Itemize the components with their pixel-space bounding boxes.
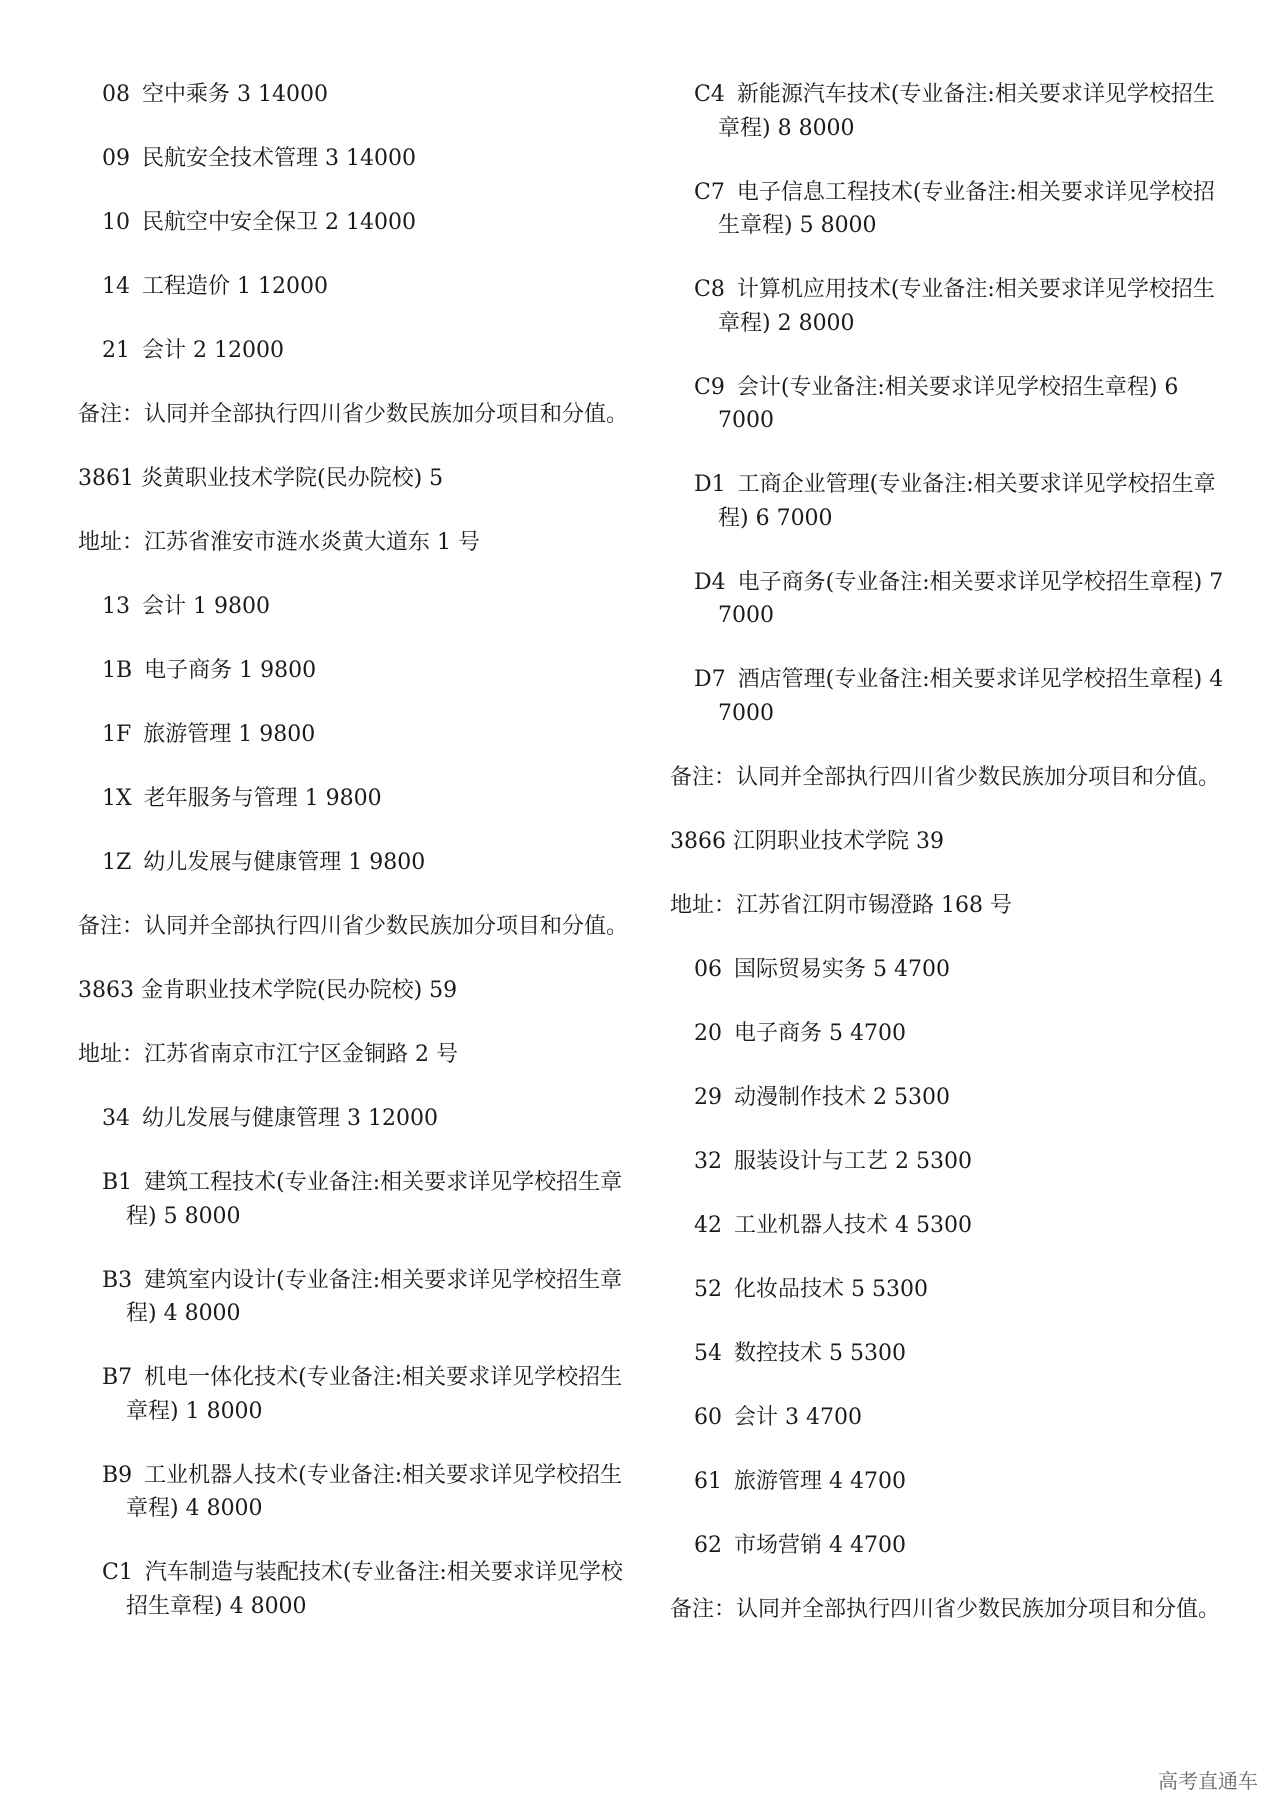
- entry-text: 建筑室内设计(专业备注:相关要求详见学校招生章程) 4 8000: [126, 1268, 622, 1327]
- major-code: 09: [102, 146, 130, 171]
- entry-text: 地址：江苏省江阴市锡澄路 168 号: [670, 893, 1012, 918]
- entry-text: 备注：认同并全部执行四川省少数民族加分项目和分值。: [670, 765, 1220, 790]
- left-column: 08空中乘务 3 1400009民航安全技术管理 3 1400010民航空中安全…: [78, 78, 638, 1654]
- major-code: 1X: [102, 786, 132, 811]
- major-code: C8: [694, 277, 725, 302]
- major-code: 42: [694, 1213, 722, 1238]
- entry-text: 旅游管理 1 9800: [143, 722, 315, 747]
- entry-text: 幼儿发展与健康管理 1 9800: [143, 850, 425, 875]
- major-code: B1: [102, 1170, 132, 1195]
- school-address: 地址：江苏省江阴市锡澄路 168 号: [670, 889, 1225, 923]
- entry-text: 工程造价 1 12000: [142, 274, 328, 299]
- entry-text: 3861 炎黄职业技术学院(民办院校) 5: [78, 466, 443, 491]
- major-code: 34: [102, 1106, 130, 1131]
- major-code: 52: [694, 1277, 722, 1302]
- major-entry: D4电子商务(专业备注:相关要求详见学校招生章程) 7 7000: [670, 566, 1225, 633]
- major-entry: 1F旅游管理 1 9800: [78, 718, 638, 752]
- remark-note: 备注：认同并全部执行四川省少数民族加分项目和分值。: [670, 1593, 1225, 1627]
- school-heading: 3861 炎黄职业技术学院(民办院校) 5: [78, 462, 638, 496]
- major-code: C1: [102, 1560, 133, 1585]
- major-code: 1F: [102, 722, 131, 747]
- school-address: 地址：江苏省南京市江宁区金铜路 2 号: [78, 1038, 638, 1072]
- major-entry: 29动漫制作技术 2 5300: [670, 1081, 1225, 1115]
- major-entry: C1汽车制造与装配技术(专业备注:相关要求详见学校招生章程) 4 8000: [78, 1556, 638, 1623]
- entry-text: 酒店管理(专业备注:相关要求详见学校招生章程) 4 7000: [718, 667, 1223, 726]
- major-entry: 60会计 3 4700: [670, 1401, 1225, 1435]
- major-code: D7: [694, 667, 726, 692]
- major-code: B7: [102, 1365, 132, 1390]
- major-entry: 09民航安全技术管理 3 14000: [78, 142, 638, 176]
- entry-text: 会计 2 12000: [142, 338, 284, 363]
- entry-text: 老年服务与管理 1 9800: [144, 786, 382, 811]
- major-code: 54: [694, 1341, 722, 1366]
- major-entry: C4新能源汽车技术(专业备注:相关要求详见学校招生章程) 8 8000: [670, 78, 1225, 145]
- entry-text: 3863 金肯职业技术学院(民办院校) 59: [78, 978, 457, 1003]
- entry-text: 电子商务 5 4700: [734, 1021, 906, 1046]
- remark-note: 备注：认同并全部执行四川省少数民族加分项目和分值。: [78, 910, 638, 944]
- entry-text: 工业机器人技术(专业备注:相关要求详见学校招生章程) 4 8000: [126, 1463, 622, 1522]
- entry-text: 汽车制造与装配技术(专业备注:相关要求详见学校招生章程) 4 8000: [126, 1560, 623, 1619]
- entry-text: 备注：认同并全部执行四川省少数民族加分项目和分值。: [670, 1597, 1220, 1622]
- major-code: 61: [694, 1469, 722, 1494]
- major-entry: 20电子商务 5 4700: [670, 1017, 1225, 1051]
- major-code: 13: [102, 594, 130, 619]
- major-entry: 1X老年服务与管理 1 9800: [78, 782, 638, 816]
- major-code: 21: [102, 338, 130, 363]
- entry-text: 市场营销 4 4700: [734, 1533, 906, 1558]
- major-code: D4: [694, 570, 726, 595]
- entry-text: 电子信息工程技术(专业备注:相关要求详见学校招生章程) 5 8000: [718, 180, 1215, 239]
- entry-text: 机电一体化技术(专业备注:相关要求详见学校招生章程) 1 8000: [126, 1365, 622, 1424]
- major-code: 1Z: [102, 850, 131, 875]
- school-address: 地址：江苏省淮安市涟水炎黄大道东 1 号: [78, 526, 638, 560]
- major-code: C9: [694, 375, 725, 400]
- entry-text: 3866 江阴职业技术学院 39: [670, 829, 944, 854]
- major-code: 06: [694, 957, 722, 982]
- major-entry: 08空中乘务 3 14000: [78, 78, 638, 112]
- major-entry: B1建筑工程技术(专业备注:相关要求详见学校招生章程) 5 8000: [78, 1166, 638, 1233]
- major-entry: 1Z幼儿发展与健康管理 1 9800: [78, 846, 638, 880]
- remark-note: 备注：认同并全部执行四川省少数民族加分项目和分值。: [670, 761, 1225, 795]
- major-entry: C7电子信息工程技术(专业备注:相关要求详见学校招生章程) 5 8000: [670, 176, 1225, 243]
- entry-text: 国际贸易实务 5 4700: [734, 957, 950, 982]
- school-heading: 3866 江阴职业技术学院 39: [670, 825, 1225, 859]
- entry-text: 民航空中安全保卫 2 14000: [142, 210, 416, 235]
- major-code: 32: [694, 1149, 722, 1174]
- entry-text: 工业机器人技术 4 5300: [734, 1213, 972, 1238]
- entry-text: 工商企业管理(专业备注:相关要求详见学校招生章程) 6 7000: [718, 472, 1216, 531]
- major-entry: 10民航空中安全保卫 2 14000: [78, 206, 638, 240]
- major-entry: 34幼儿发展与健康管理 3 12000: [78, 1102, 638, 1136]
- major-code: 60: [694, 1405, 722, 1430]
- major-code: C7: [694, 180, 725, 205]
- major-entry: D7酒店管理(专业备注:相关要求详见学校招生章程) 4 7000: [670, 663, 1225, 730]
- entry-text: 民航安全技术管理 3 14000: [142, 146, 416, 171]
- major-code: 14: [102, 274, 130, 299]
- major-code: 10: [102, 210, 130, 235]
- major-entry: B7机电一体化技术(专业备注:相关要求详见学校招生章程) 1 8000: [78, 1361, 638, 1428]
- major-entry: 61旅游管理 4 4700: [670, 1465, 1225, 1499]
- major-entry: C9会计(专业备注:相关要求详见学校招生章程) 6 7000: [670, 371, 1225, 438]
- major-code: B3: [102, 1268, 132, 1293]
- entry-text: 建筑工程技术(专业备注:相关要求详见学校招生章程) 5 8000: [126, 1170, 622, 1229]
- major-code: 1B: [102, 658, 132, 683]
- major-code: 20: [694, 1021, 722, 1046]
- major-entry: D1工商企业管理(专业备注:相关要求详见学校招生章程) 6 7000: [670, 468, 1225, 535]
- entry-text: 旅游管理 4 4700: [734, 1469, 906, 1494]
- major-entry: 13会计 1 9800: [78, 590, 638, 624]
- entry-text: 地址：江苏省南京市江宁区金铜路 2 号: [78, 1042, 458, 1067]
- entry-text: 备注：认同并全部执行四川省少数民族加分项目和分值。: [78, 402, 628, 427]
- major-code: 62: [694, 1533, 722, 1558]
- entry-text: 数控技术 5 5300: [734, 1341, 906, 1366]
- entry-text: 幼儿发展与健康管理 3 12000: [142, 1106, 438, 1131]
- major-entry: B9工业机器人技术(专业备注:相关要求详见学校招生章程) 4 8000: [78, 1459, 638, 1526]
- major-entry: 14工程造价 1 12000: [78, 270, 638, 304]
- watermark: 高考直通车: [1158, 1765, 1258, 1794]
- major-entry: 42工业机器人技术 4 5300: [670, 1209, 1225, 1243]
- entry-text: 地址：江苏省淮安市涟水炎黄大道东 1 号: [78, 530, 480, 555]
- entry-text: 会计 1 9800: [142, 594, 270, 619]
- entry-text: 电子商务(专业备注:相关要求详见学校招生章程) 7 7000: [718, 570, 1223, 629]
- entry-text: 计算机应用技术(专业备注:相关要求详见学校招生章程) 2 8000: [718, 277, 1215, 336]
- entry-text: 会计 3 4700: [734, 1405, 862, 1430]
- entry-text: 动漫制作技术 2 5300: [734, 1085, 950, 1110]
- major-code: B9: [102, 1463, 132, 1488]
- major-entry: C8计算机应用技术(专业备注:相关要求详见学校招生章程) 2 8000: [670, 273, 1225, 340]
- entry-text: 备注：认同并全部执行四川省少数民族加分项目和分值。: [78, 914, 628, 939]
- major-entry: 1B电子商务 1 9800: [78, 654, 638, 688]
- major-code: C4: [694, 82, 725, 107]
- major-entry: B3建筑室内设计(专业备注:相关要求详见学校招生章程) 4 8000: [78, 1264, 638, 1331]
- entry-text: 会计(专业备注:相关要求详见学校招生章程) 6 7000: [718, 375, 1178, 434]
- major-code: 08: [102, 82, 130, 107]
- major-entry: 62市场营销 4 4700: [670, 1529, 1225, 1563]
- entry-text: 空中乘务 3 14000: [142, 82, 328, 107]
- right-column: C4新能源汽车技术(专业备注:相关要求详见学校招生章程) 8 8000C7电子信…: [670, 78, 1225, 1657]
- entry-text: 电子商务 1 9800: [144, 658, 316, 683]
- major-entry: 06国际贸易实务 5 4700: [670, 953, 1225, 987]
- school-heading: 3863 金肯职业技术学院(民办院校) 59: [78, 974, 638, 1008]
- entry-text: 化妆品技术 5 5300: [734, 1277, 928, 1302]
- entry-text: 新能源汽车技术(专业备注:相关要求详见学校招生章程) 8 8000: [718, 82, 1215, 141]
- major-entry: 52化妆品技术 5 5300: [670, 1273, 1225, 1307]
- major-entry: 32服装设计与工艺 2 5300: [670, 1145, 1225, 1179]
- major-code: D1: [694, 472, 726, 497]
- major-entry: 54数控技术 5 5300: [670, 1337, 1225, 1371]
- remark-note: 备注：认同并全部执行四川省少数民族加分项目和分值。: [78, 398, 638, 432]
- major-entry: 21会计 2 12000: [78, 334, 638, 368]
- major-code: 29: [694, 1085, 722, 1110]
- entry-text: 服装设计与工艺 2 5300: [734, 1149, 972, 1174]
